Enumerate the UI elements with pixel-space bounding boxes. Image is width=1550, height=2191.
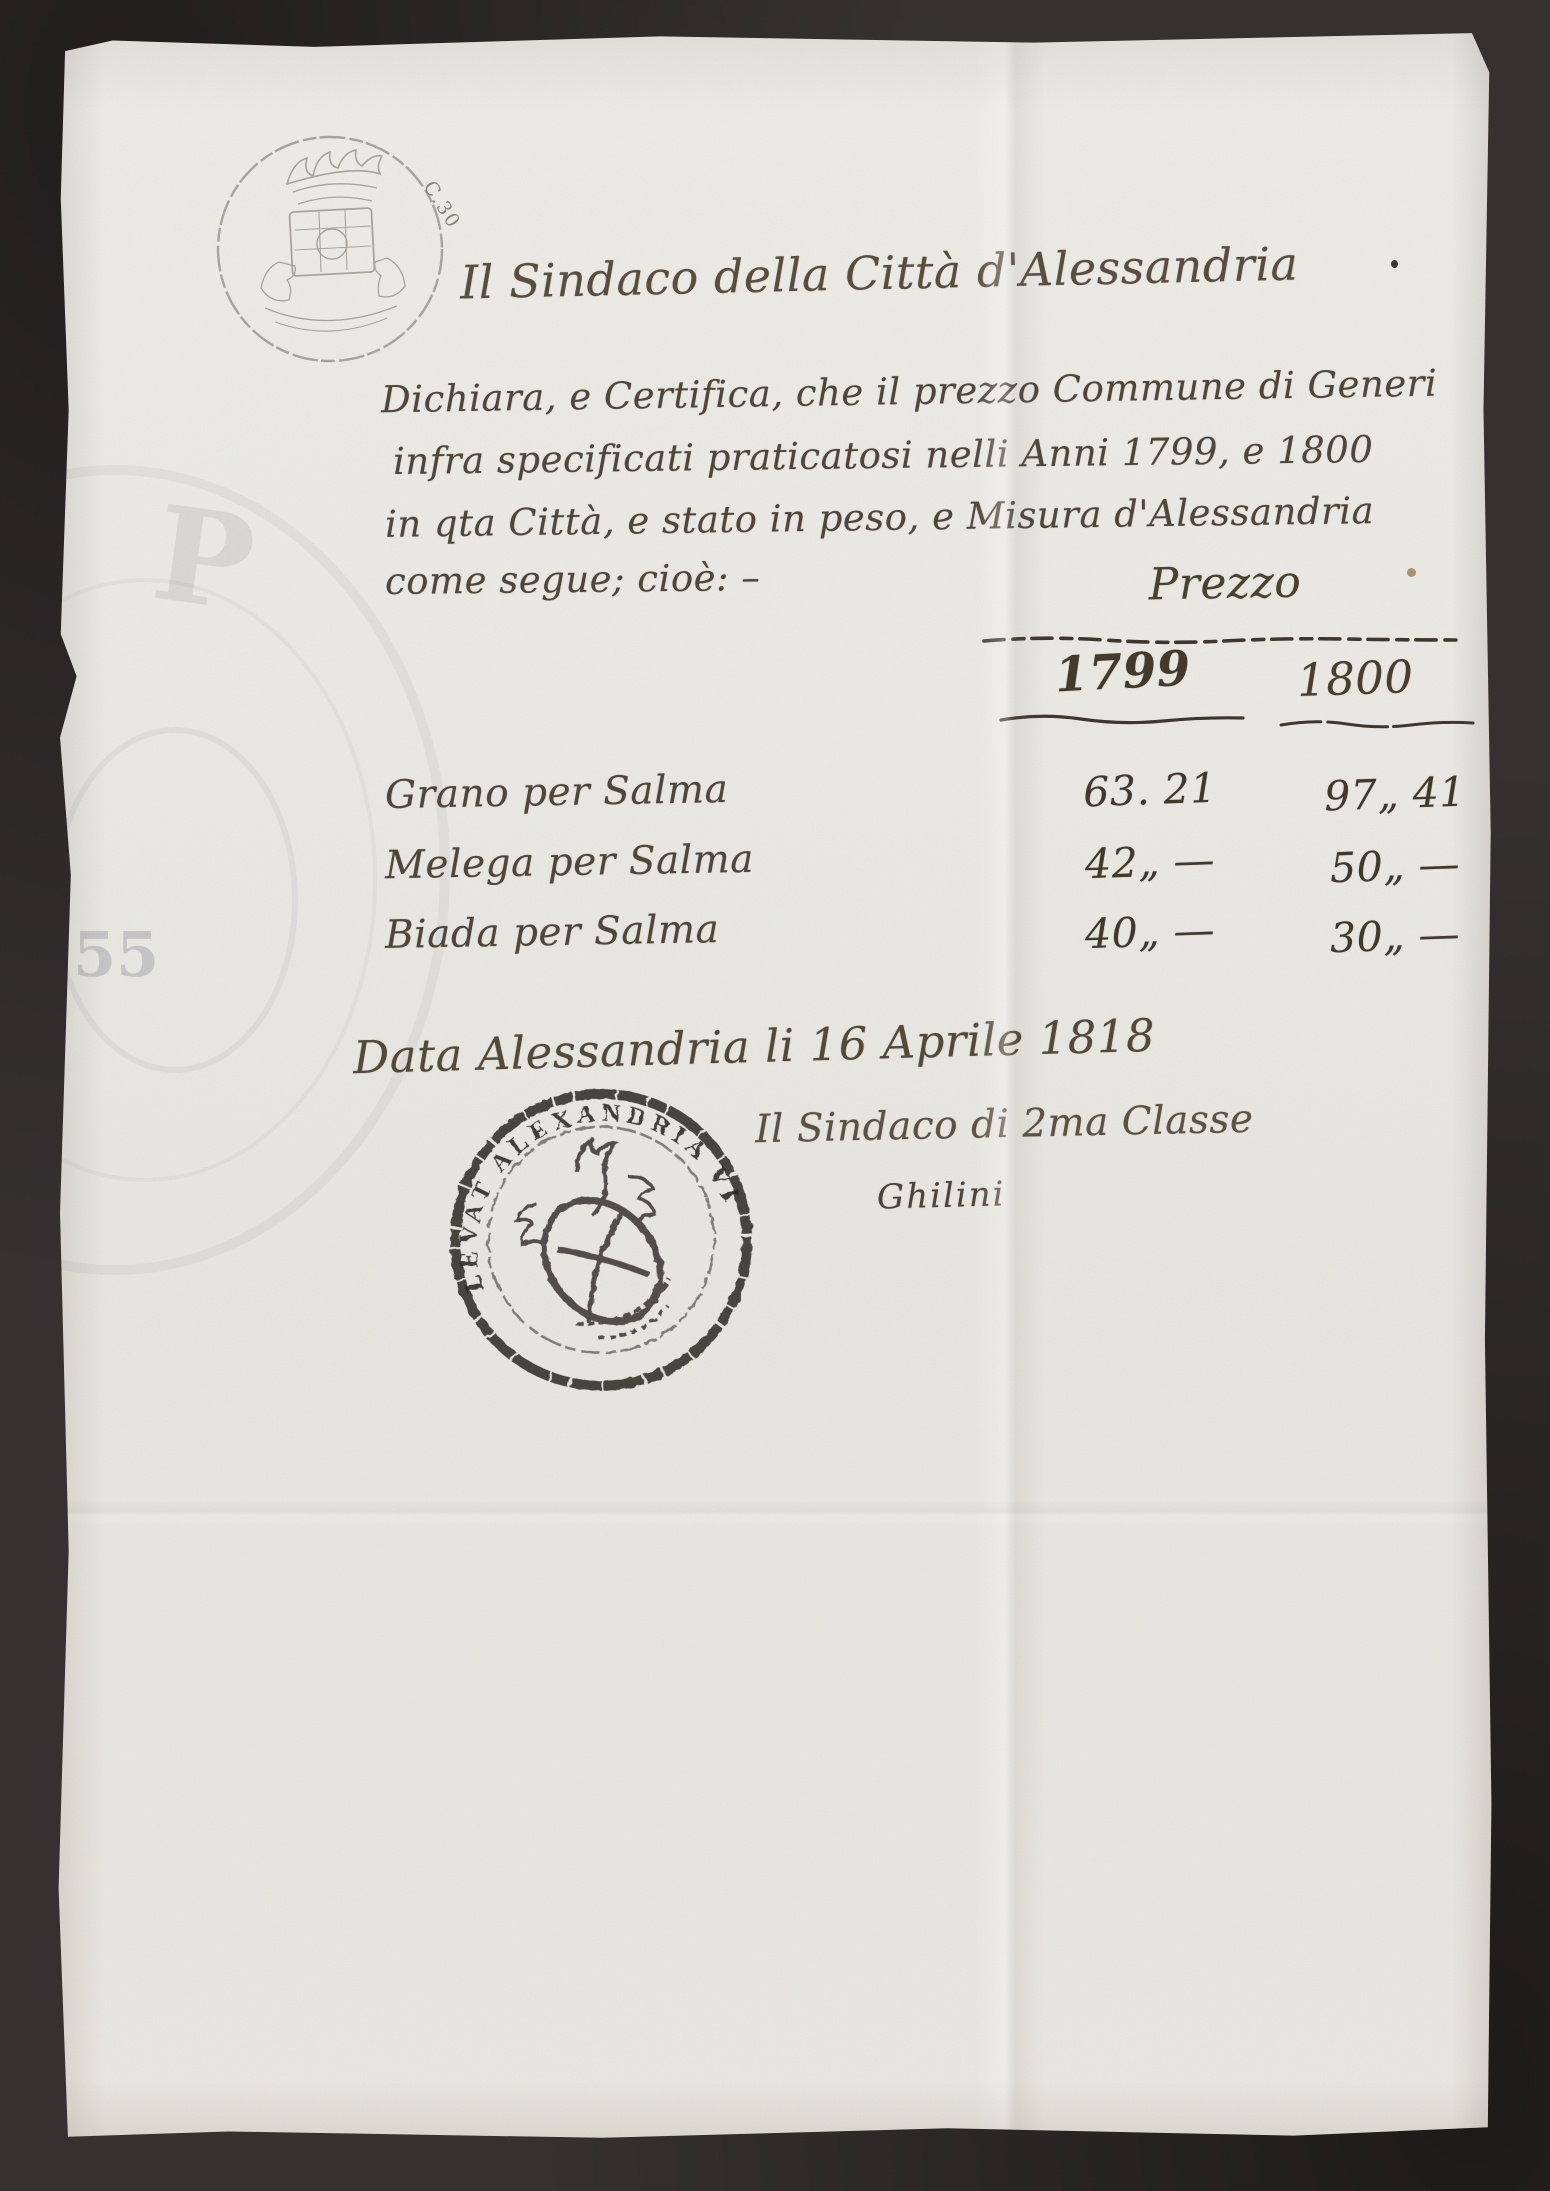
brown-speck [1407,568,1416,577]
row-price-1800: 50„ — [1299,839,1491,894]
row-price-1800: 30„ — [1299,909,1491,964]
row-price-1800: 97„ 41 [1299,767,1491,822]
row-item-label: Grano per Salma [385,767,729,818]
price-table-header: Prezzo [1075,555,1376,611]
body-line-3: in qta Città, e stato in peso, e Misura … [385,489,1375,546]
document-title: Il Sindaco della Città d'Alessandria [459,236,1298,309]
body-line-1: Dichiara, e Certifica, che il prezzo Com… [381,362,1438,422]
ink-speck [1391,260,1398,268]
paper-fold [975,30,1045,2142]
revenue-stamp-value: C.30 [419,177,465,233]
body-line-2: infra specificati praticatosi nelli Anni… [393,428,1374,483]
row-item-label: Melega per Salma [385,837,755,888]
row-price-1799: 42„ — [1054,835,1246,890]
row-item-label: Biada per Salma [385,907,720,958]
body-line-4: come segue; cioè: – [385,556,761,603]
year-column-1799: 1799 [1054,640,1192,703]
signature-name: Ghilini [876,1174,1005,1217]
paper-crease [55,1500,1495,1526]
row-price-1799: 63. 21 [1054,763,1246,818]
year-column-1800: 1800 [1296,650,1414,707]
year-1799-underline [997,710,1247,728]
year-1800-underline [1277,716,1477,732]
photograph-background: { "document": { "title": "Il Sindaco del… [0,0,1550,2191]
row-price-1799: 40„ — [1054,905,1246,960]
signature-role-line: Il Sindaco di 2ma Classe [755,1097,1254,1152]
manuscript-sheet: P 55 C.30 Il Sindaco della Città d'Aless… [55,30,1495,2142]
revenue-stamp: C.30 [195,112,465,382]
